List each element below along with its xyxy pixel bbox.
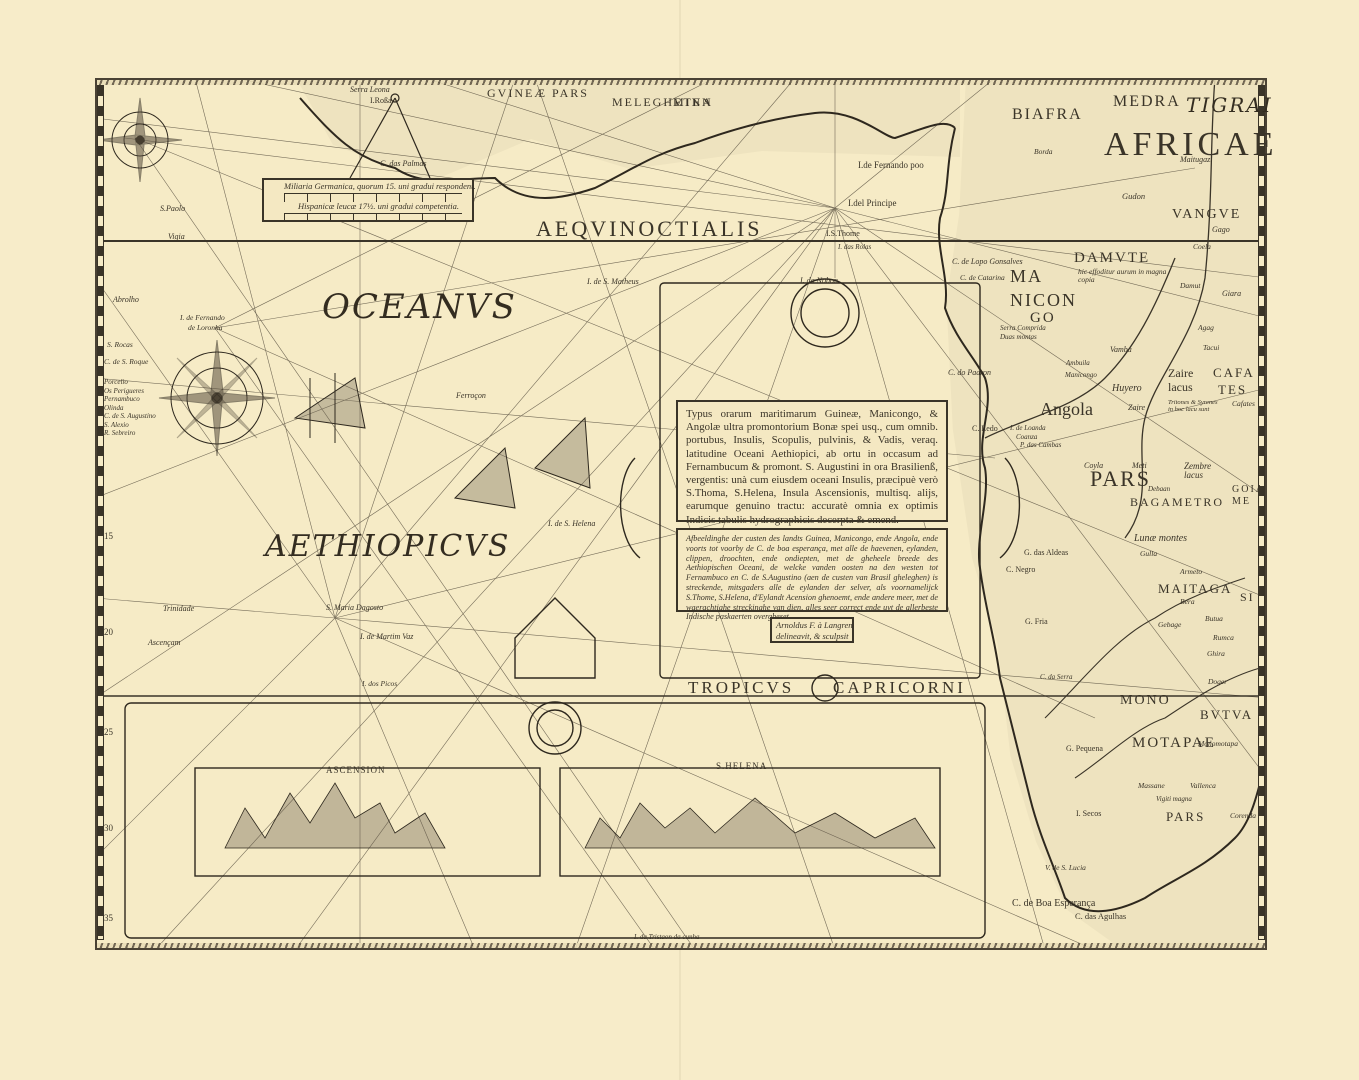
region-cafates-1: CAFA — [1213, 366, 1255, 379]
place-rumca: Rumca — [1213, 634, 1234, 642]
place-i-da-nobon: I. da Nobon — [800, 277, 838, 285]
region-butua: BVTVA — [1200, 708, 1253, 721]
region-lunae-montes: Lunæ montes — [1134, 534, 1187, 544]
equator-label: AEQVINOCTIALIS — [536, 218, 763, 240]
region-zaire-lacus: Zaire lacus — [1168, 366, 1208, 394]
place-i-tristaon: I. da Tristaon da cunha — [634, 934, 700, 941]
brazil-place: R. Sebreiro — [104, 429, 156, 438]
place-c-das-palmas: C. das Palmas — [380, 160, 426, 168]
place-c-padron: C. do Padron — [948, 369, 991, 377]
region-vangue: VANGVE — [1172, 208, 1241, 222]
place-s-rocas: S. Rocas — [107, 341, 133, 349]
place-c-lopo: C. de Lopo Gonsalves — [952, 258, 1023, 266]
place-i-secos: I. Secos — [1076, 810, 1101, 818]
scale-ticks-spanish — [284, 213, 462, 222]
place-loanda: I. de Loanda — [1010, 425, 1046, 432]
scale-bar: Miliaria Germanica, quorum 15. uni gradu… — [262, 178, 474, 222]
engraver-line-2: delineavit, & sculpsit — [776, 632, 848, 641]
cartouche-latin-text: Typus orarum maritimarum Guineæ, Manicon… — [686, 408, 938, 527]
engraver-credit: Arnoldus F. à Langren delineavit, & scul… — [770, 617, 854, 643]
region-tigrai: TIGRAI — [1186, 95, 1273, 115]
place-s-maria-dagosto: S. Maria Dagosto — [326, 604, 383, 612]
sea-label-aethiopicus: AETHIOPICVS — [265, 532, 510, 562]
region-mina: MINA — [673, 96, 713, 108]
tropic-label-left: TROPICVS — [688, 679, 794, 696]
lat-tick: 35 — [104, 914, 113, 923]
place-c-agulhas: C. das Agulhas — [1075, 912, 1126, 921]
place-fernando-loronha-1: I. de Fernando — [180, 314, 225, 322]
place-meti: Meti — [1132, 462, 1147, 470]
place-corenda: Corenda — [1230, 812, 1256, 820]
place-vigia: Vigia — [168, 233, 185, 241]
place-giara: Giara — [1222, 290, 1241, 298]
place-serra-comprida: Serra Comprida — [1000, 325, 1046, 332]
place-vigiti-magna: Vigiti magna — [1156, 796, 1192, 803]
place-damut: Damut — [1180, 282, 1200, 290]
place-vallenca: Vallenca — [1190, 782, 1216, 790]
place-monomotapa: Monomotapa — [1198, 740, 1238, 748]
place-tritones: Tritones & Syrenes in hoc lacu sunt — [1168, 400, 1224, 413]
place-bera: Bera — [1180, 598, 1195, 606]
place-butua-town: Butua — [1205, 615, 1223, 623]
place-tacui: Tacui — [1203, 344, 1219, 352]
place-borda: Borda — [1034, 148, 1052, 156]
place-maitugazi: Maitugazi — [1180, 156, 1212, 164]
place-i-principe: I.del Principe — [848, 199, 897, 208]
place-sao-paulo: S.Paolo — [160, 205, 185, 213]
region-guinea: GVINEÆ PARS — [487, 87, 589, 99]
inset-label-ascension: ASCENSION — [326, 766, 386, 775]
region-damute: DAMVTE — [1074, 251, 1150, 266]
region-mono: MONO — [1120, 694, 1171, 708]
damute-note: hic effoditur aurum in magna copia — [1078, 268, 1178, 283]
region-cafates-2: TES — [1218, 383, 1247, 396]
region-manicongo-1: MA — [1010, 267, 1043, 285]
place-ambuila: Ambuila — [1066, 360, 1090, 367]
place-i-rossa: I.Roßa — [370, 97, 392, 105]
place-coela: Coela — [1193, 243, 1211, 251]
place-g-aldeas: G. das Aldeas — [1024, 549, 1068, 557]
place-zembre-lacus: Zembre lacus — [1184, 462, 1224, 480]
place-i-martim-vaz: I. de Martim Vaz — [360, 633, 413, 641]
region-angola: Angola — [1040, 400, 1093, 418]
brazil-place: C. de S. Augustino — [104, 412, 156, 421]
place-c-ledo: C. Ledo — [972, 425, 998, 433]
place-doger: Doger — [1208, 678, 1227, 686]
place-serra-leona: Serra Leona — [350, 86, 390, 94]
place-armeto: Armeto — [1180, 568, 1202, 576]
lat-tick: 15 — [104, 532, 113, 541]
place-coanza: Coanza — [1016, 434, 1037, 441]
place-debaan: Debaan — [1148, 486, 1170, 493]
place-c-catarina: C. de Catarina — [960, 274, 1005, 282]
region-manicongo-2: NICON — [1010, 291, 1077, 309]
place-combos: P. das Cambas — [1020, 442, 1061, 449]
lat-tick: 25 — [104, 728, 113, 737]
place-fernando-loronha-2: de Loronha — [188, 324, 223, 332]
place-vamba: Vamba — [1110, 346, 1132, 354]
region-goiame: GOIA ME — [1232, 484, 1256, 508]
title-cartouche: Typus orarum maritimarum Guineæ, Manicon… — [676, 400, 948, 522]
place-i-s-helena: I. de S. Helena — [548, 520, 595, 528]
place-ascencam-north: Ferroçon — [456, 392, 486, 400]
region-bagametro: BAGAMETRO — [1130, 496, 1224, 508]
inset-label-helena: S.HELENA — [716, 762, 767, 771]
place-gebage: Gebage — [1158, 621, 1181, 629]
lat-tick: 20 — [104, 628, 113, 637]
place-trinidade: Trinidade — [163, 605, 194, 613]
place-i-fernando-poo: I.de Fernando poo — [858, 161, 924, 170]
place-agag: Agag — [1198, 324, 1214, 332]
place-i-das-rolas: I. das Rolas — [838, 244, 871, 251]
place-duas-montes: Duas montas — [1000, 334, 1037, 341]
lat-tick: 30 — [104, 824, 113, 833]
region-pars-2: PARS — [1166, 810, 1205, 823]
place-gudon: Gudon — [1122, 192, 1145, 201]
brazil-place: Pernambuco — [104, 395, 156, 404]
place-massane: Massane — [1138, 782, 1165, 790]
place-c-da-serra: C. da Serra — [1040, 674, 1072, 681]
place-c-s-roque: C. de S. Roque — [104, 358, 148, 366]
place-g-pequena: G. Pequena — [1066, 745, 1103, 753]
place-cafates-town: Cafates — [1232, 400, 1255, 408]
region-medra: MEDRA — [1113, 94, 1181, 110]
engraver-line-1: Arnoldus F. à Langren — [776, 621, 848, 630]
dutch-cartouche: Afbeeldinghe der custen des landts Guine… — [676, 528, 948, 612]
place-i-s-matheus: I. de S. Matheus — [587, 278, 639, 286]
scale-line-1: Miliaria Germanica, quorum 15. uni gradu… — [284, 182, 476, 191]
region-biafra: BIAFRA — [1012, 107, 1083, 123]
place-coyla: Coyla — [1084, 462, 1103, 470]
brazil-place: S. Alexio — [104, 421, 156, 430]
place-i-dos-picos: I. dos Picos — [362, 680, 397, 688]
brazil-coast-list: Porcelio Os Perigueres Pernambuco Olinda… — [104, 378, 156, 438]
tropic-label-right: CAPRICORNI — [833, 679, 966, 696]
cartouche-dutch-text: Afbeeldinghe der custen des landts Guine… — [686, 534, 938, 622]
place-b-s-lucia: V. de S. Lucia — [1045, 864, 1086, 872]
region-si: SI — [1240, 591, 1255, 603]
brazil-place: Olinda — [104, 404, 156, 413]
scale-line-2: Hispanicæ leucæ 17½. uni gradui competen… — [298, 202, 459, 211]
place-g-fria: G. Fria — [1025, 618, 1048, 626]
place-ascencam: Ascençam — [148, 639, 180, 647]
place-c-boa-esperanca: C. de Boa Esperança — [1012, 899, 1095, 909]
place-gago: Gago — [1212, 226, 1230, 234]
sea-label-oceanus: OCEANVS — [322, 290, 517, 324]
place-i-s-thome: I.S.Thome — [826, 230, 860, 238]
place-gulla: Gulla — [1140, 550, 1157, 558]
region-pars-1: PARS — [1090, 468, 1151, 490]
region-maitaga: MAITAGA — [1158, 582, 1232, 595]
place-manicongo-town: Manicongo — [1065, 372, 1097, 379]
brazil-place: Porcelio — [104, 378, 156, 387]
place-huyera: Huyero — [1112, 384, 1142, 394]
place-abrolho: Abrolho — [113, 296, 139, 304]
place-ghira: Ghira — [1207, 650, 1225, 658]
place-zaire-river: Zaire — [1128, 404, 1145, 412]
brazil-place: Os Perigueres — [104, 387, 156, 396]
place-c-negro: C. Negro — [1006, 566, 1035, 574]
